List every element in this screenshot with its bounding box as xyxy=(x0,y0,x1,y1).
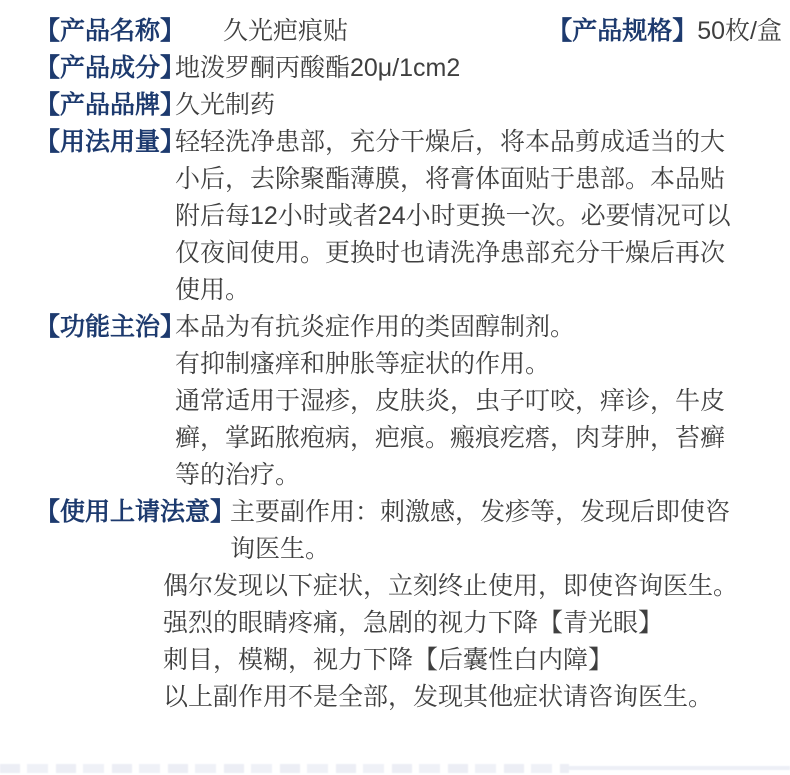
usage-section: 【用法用量】 轻轻洗净患部，充分干燥后，将本品剪成适当的大 小后，去除聚酯薄膜，… xyxy=(35,124,782,309)
product-info-sheet: 【产品名称】 久光疤痕贴 【产品规格】 50枚/盒 【产品成分】 地泼罗酮丙酸酯… xyxy=(0,0,790,775)
product-brand-row: 【产品品牌】 久光制药 xyxy=(35,87,782,124)
product-ingredient-value: 地泼罗酮丙酸酯20μ/1cm2 xyxy=(175,50,782,87)
precautions-section: 【使用上请法意】 主要副作用：刺激感，发疹等，发现后即使咨 询医生。 偶尔发现以… xyxy=(35,494,782,716)
bottom-line-decor xyxy=(569,766,790,770)
precautions-label: 【使用上请法意】 xyxy=(35,494,230,531)
usage-text: 轻轻洗净患部，充分干燥后，将本品剪成适当的大 小后，去除聚酯薄膜，将膏体面贴于患… xyxy=(175,124,782,309)
product-brand-label: 【产品品牌】 xyxy=(35,87,175,124)
product-brand-value: 久光制药 xyxy=(175,87,782,124)
indications-section: 【功能主治】 本品为有抗炎症作用的类固醇制剂。 有抑制瘙痒和肿胀等症状的作用。 … xyxy=(35,309,782,494)
usage-label: 【用法用量】 xyxy=(35,124,175,161)
precautions-additional-text: 偶尔发现以下症状，立刻终止使用，即使咨询医生。 强烈的眼睛疼痛，急剧的视力下降【… xyxy=(35,568,782,716)
precautions-main-row: 【使用上请法意】 主要副作用：刺激感，发疹等，发现后即使咨 询医生。 xyxy=(35,494,782,568)
product-ingredient-label: 【产品成分】 xyxy=(35,50,175,87)
indications-text: 本品为有抗炎症作用的类固醇制剂。 有抑制瘙痒和肿胀等症状的作用。 通常适用于湿疹… xyxy=(175,309,782,494)
product-name-value: 久光疤痕贴 xyxy=(223,13,348,50)
product-spec-group: 【产品规格】 50枚/盒 xyxy=(547,13,782,50)
indications-label: 【功能主治】 xyxy=(35,309,175,346)
product-name-label: 【产品名称】 xyxy=(35,13,185,50)
product-spec-label: 【产品规格】 xyxy=(547,13,697,50)
product-spec-value: 50枚/盒 xyxy=(697,13,782,50)
bottom-decor-band xyxy=(0,764,790,773)
product-name-row: 【产品名称】 久光疤痕贴 【产品规格】 50枚/盒 xyxy=(35,13,782,50)
bottom-dashes-decor xyxy=(0,764,569,773)
product-ingredient-row: 【产品成分】 地泼罗酮丙酸酯20μ/1cm2 xyxy=(35,50,782,87)
precautions-main-text: 主要副作用：刺激感，发疹等，发现后即使咨 询医生。 xyxy=(230,494,782,568)
